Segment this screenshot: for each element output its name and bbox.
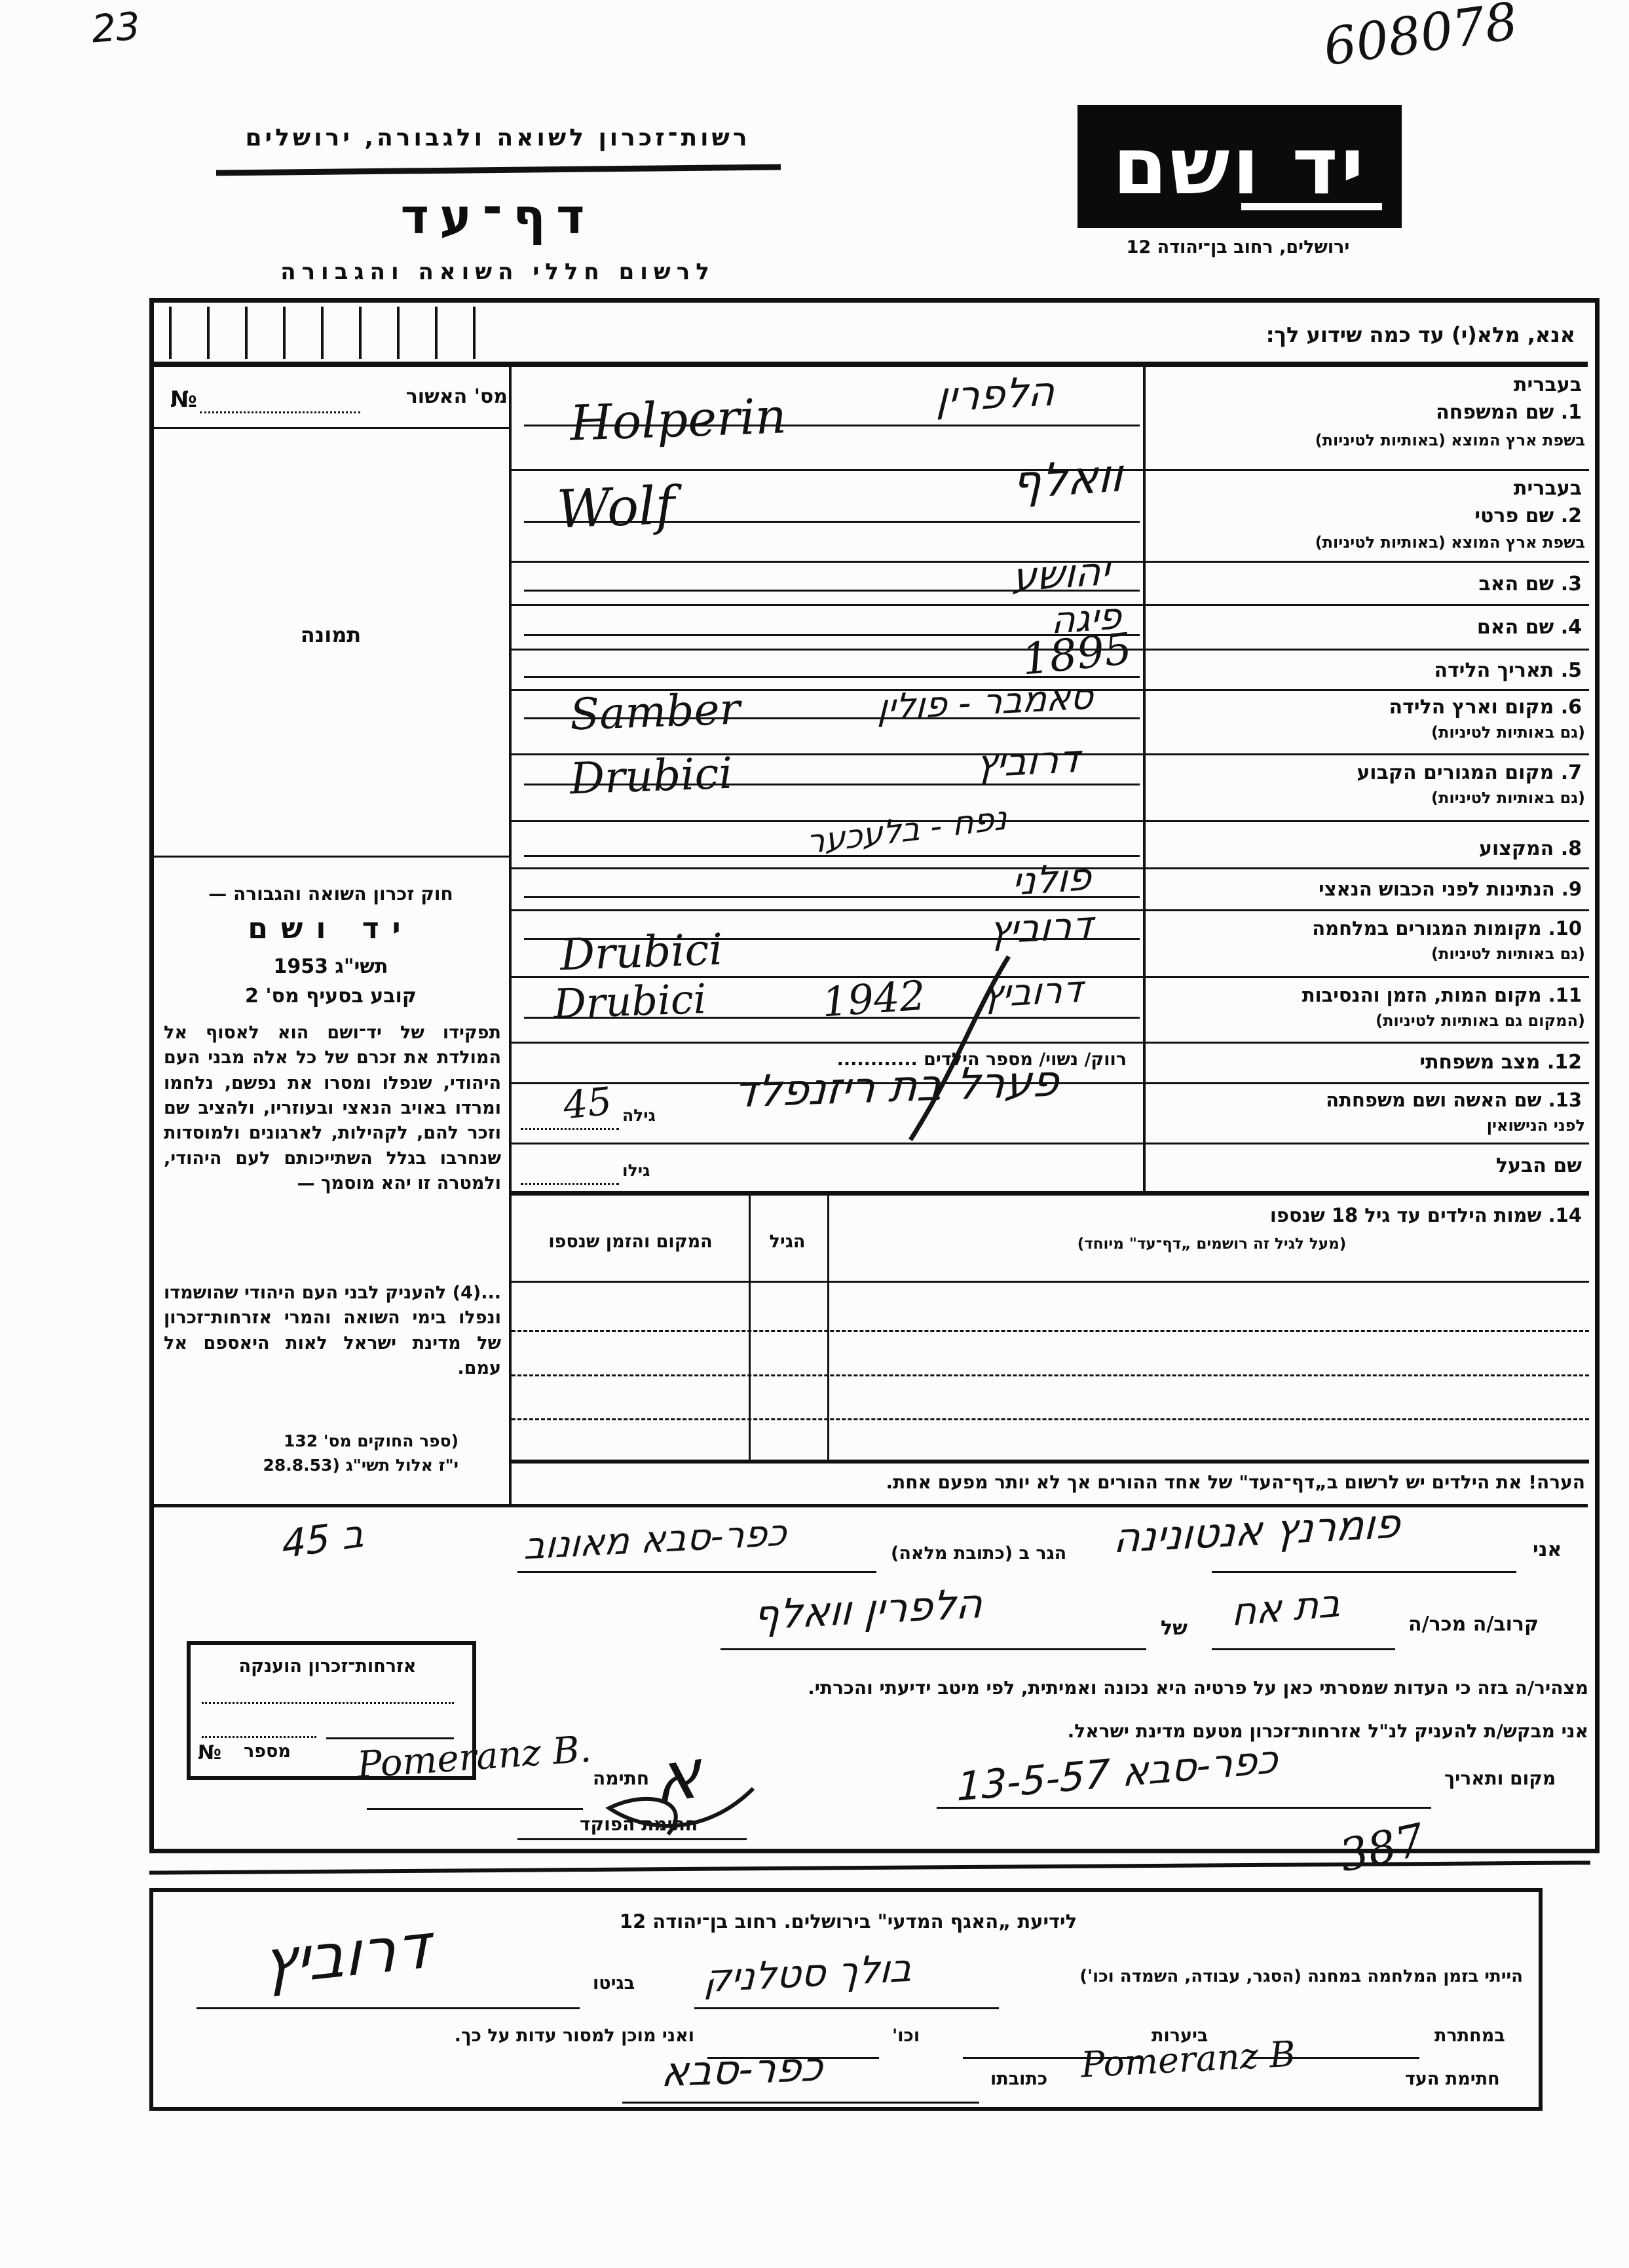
bottom-etc-label: וכו' <box>892 2026 920 2046</box>
logo-underline <box>1241 203 1382 210</box>
bottom-camp-line <box>694 2007 999 2009</box>
hw-witness-address-2: כפר-סבא <box>660 2043 825 2096</box>
field3-sep <box>512 604 1589 606</box>
husband-label: שם הבעל <box>1156 1154 1582 1177</box>
hw-birth-place-latin: Samber <box>569 683 741 740</box>
form-subtitle: לרשום חללי השואה והגבורה <box>216 259 779 285</box>
rule-under-approval <box>153 427 511 429</box>
decl-statement-1: מצהיר/ה בזה כי העדות שמסרתי כאן על פרטיה… <box>517 1677 1588 1699</box>
bottom-address-line <box>622 2102 979 2104</box>
field13-sep <box>512 1143 1589 1144</box>
handwritten-doc-number: 608078 <box>1320 0 1521 77</box>
decl-i-am-label: אני <box>1533 1538 1562 1561</box>
law-body: תפקידו של יד־ושם הוא לאסוף אל המולדת את … <box>164 1021 501 1196</box>
table-row-line-2 <box>512 1374 1589 1376</box>
table-header-rule <box>512 1281 1589 1283</box>
field3-label: 3. שם האב <box>1156 573 1582 595</box>
handwritten-corner-number: 23 <box>90 4 141 52</box>
citizenship-box-line-2 <box>202 1736 316 1738</box>
hw-family-latin: Holperin <box>569 388 787 451</box>
field12-label: 12. מצב משפחתי <box>1156 1051 1582 1074</box>
approval-number-line <box>200 411 360 413</box>
hw-residence-hebrew: דרוביץ <box>975 736 1080 787</box>
approval-number-label: מס' האשור <box>370 385 508 408</box>
law-name: יד ושם <box>160 912 501 945</box>
bottom-underground-label: במחתרת <box>1434 2026 1505 2046</box>
rule-under-header <box>153 362 1588 367</box>
law-body-2: ...(4) להעניק לבני העם היהודי שהושמדו ונ… <box>164 1281 501 1381</box>
table-divider-2 <box>827 1191 829 1461</box>
field14-label: 14. שמות הילדים עד גיל 18 שנספו <box>842 1204 1582 1226</box>
bottom-witness-signature-label: חתימת העד <box>1405 2069 1500 2089</box>
citizenship-box-line-1 <box>202 1702 454 1704</box>
field11-sub: (המקום גם באותיות לטיניות) <box>1153 1011 1585 1030</box>
husband-age-label: גילו <box>622 1161 650 1180</box>
photo-placeholder-label: תמונה <box>249 622 413 647</box>
scanned-testimony-page: 23 608078 רשות־זכרון לשואה ולגבורה, ירוש… <box>0 0 1629 2268</box>
decl-address-line <box>517 1571 876 1573</box>
decl-relative-of-line <box>721 1648 1146 1650</box>
law-year: תשי"ג 1953 <box>160 955 501 978</box>
bottom-testify-label: ואני מוכן למסור עדות על כך. <box>197 2026 694 2046</box>
field13-label: 13. שם האשה ושם משפחתה <box>1156 1089 1582 1111</box>
approval-no-symbol: № <box>170 387 197 413</box>
field10-sub: (גם באותיות לטיניות) <box>1153 945 1585 963</box>
field13-age-label: גילה <box>622 1106 656 1125</box>
hw-war-residence-hebrew: דרוביץ <box>988 903 1093 953</box>
table-row-line-3 <box>512 1418 1589 1420</box>
field6-sub: (גם באותיות לטיניות) <box>1153 723 1585 742</box>
bottom-address-label: כתובתו <box>990 2069 1047 2089</box>
law-source-2: י"ז אלול תשי"ג (28.8.53 <box>177 1456 459 1475</box>
yad-vashem-logo: יד ושם <box>1077 105 1402 228</box>
decl-relation-line <box>1212 1648 1395 1650</box>
field13-age-line <box>521 1128 619 1130</box>
logo-address: ירושלים, רחוב בן־יהודה 12 <box>1064 237 1412 257</box>
table-row-line-1 <box>512 1330 1589 1332</box>
hw-citizenship: פולני <box>1011 854 1092 905</box>
logo-text: יד ושם <box>1113 121 1366 212</box>
field7-label: 7. מקום המגורים הקבוע <box>1156 761 1582 784</box>
hw-father-name: יהושע <box>1011 548 1110 601</box>
decl-place-date-line <box>937 1807 1431 1809</box>
decl-relative-label: קרוב/ה מכר/ה <box>1408 1613 1539 1636</box>
field11-sep <box>512 1042 1589 1044</box>
field13-sub: לפני הנישואין <box>1153 1116 1585 1135</box>
hw-death-place-latin: Drubici <box>553 975 707 1028</box>
field11-label: 11. מקום המות, הזמן והנסיבות <box>1156 984 1582 1006</box>
law-title: חוק זכרון השואה והגבורה — <box>160 883 501 905</box>
field2-sub: בשפת ארץ המוצא (באותיות לטיניות) <box>1153 533 1585 552</box>
decl-name-line <box>1212 1571 1516 1573</box>
fill-in-instruction: אנא, מלא(י) עד כמה שידוע לך: <box>983 322 1575 347</box>
official-signature-stroke <box>590 1762 760 1847</box>
field2-pre: בעברית <box>1156 477 1582 500</box>
field10-label: 10. מקומות המגורים במלחמה <box>1156 917 1582 939</box>
decl-place-date-label: מקום ותאריך <box>1444 1767 1556 1789</box>
field5-label: 5. תאריך הלידה <box>1156 659 1582 682</box>
hw-relation: בת אח <box>1231 1581 1341 1635</box>
table-top-rule <box>512 1191 1589 1196</box>
label-column-divider <box>1143 364 1146 1191</box>
table-bottom-rule <box>512 1460 1589 1464</box>
hw-war-residence-latin: Drubici <box>559 924 724 981</box>
table-col-age: הגיל <box>751 1232 824 1252</box>
law-source-1: (ספר החוקים מס' 132 <box>177 1431 459 1450</box>
field1-sub: בשפת ארץ המוצא (באותיות לטיניות) <box>1153 431 1585 449</box>
field2-label: 2. שם פרטי <box>1156 504 1582 527</box>
children-note: הערה! את הילדים יש לרשום ב„דף־העד" של אח… <box>517 1471 1585 1493</box>
law-clause: קובע בסעיף מס' 2 <box>160 985 501 1008</box>
hw-given-latin: Wolf <box>555 475 675 540</box>
field1-pre: בעברית <box>1156 373 1582 396</box>
field9-label: 9. הנתינות לפני הכבוש הנאצי <box>1156 878 1582 900</box>
rule-over-law-panel <box>153 856 511 858</box>
field4-label: 4. שם האם <box>1156 616 1582 639</box>
field8-label: 8. המקצוע <box>1156 837 1582 860</box>
form-title: דף־עד <box>216 189 779 245</box>
bottom-ghetto-line <box>197 2007 580 2009</box>
field14-sub: (מעל לגיל זה רושמים „דף־עד" מיוחד) <box>842 1236 1582 1253</box>
field6-label: 6. מקום וארץ הלידה <box>1156 696 1582 719</box>
field7-sep <box>512 820 1589 822</box>
authority-title: רשות־זכרון לשואה ולגבורה, ירושלים <box>216 124 779 151</box>
citizenship-number-label: מספר <box>244 1741 291 1762</box>
decl-signature-line <box>367 1808 583 1810</box>
bottom-ghetto-label: בגיטו <box>593 1973 635 1994</box>
left-column-divider <box>509 364 512 1505</box>
field1-label: 1. שם המשפחה <box>1156 401 1582 424</box>
hw-residence-latin: Drubici <box>569 748 734 804</box>
citizenship-no-symbol: № <box>198 1741 221 1764</box>
pen-flourish-stroke <box>871 950 1041 1146</box>
hw-family-hebrew: הלפרין <box>935 367 1056 421</box>
decl-of-label: של <box>1161 1617 1188 1640</box>
perforation-ticks <box>169 307 506 359</box>
husband-age-line <box>521 1183 619 1185</box>
bottom-war-line-label: הייתי בזמן המלחמה במחנה (הסגר, עבודה, הש… <box>1012 1967 1523 1986</box>
decl-residing-label: הגר ב (כתובת מלאה) <box>891 1543 1066 1564</box>
field7-sub: (גם באותיות לטיניות) <box>1153 789 1585 807</box>
hw-given-hebrew: וואלף <box>1011 448 1124 510</box>
citizenship-box-title: אזרחות־זכרון הוענקה <box>193 1656 462 1676</box>
header-rule <box>216 164 781 176</box>
hw-wife-age: 45 <box>561 1078 614 1127</box>
table-col-place: המקום והזמן שנספו <box>517 1232 743 1252</box>
